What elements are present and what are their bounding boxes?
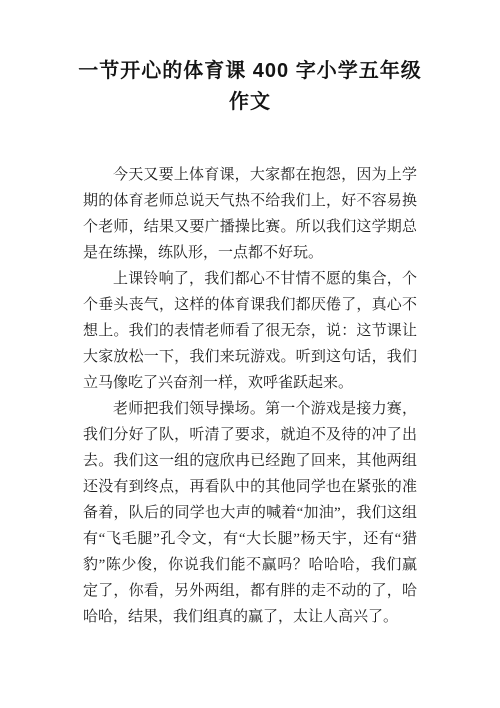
essay-paragraph-1: 今天又要上体育课，大家都在抱怨，因为上学期的体育老师总说天气热不给我们上，好不容… (83, 162, 417, 266)
essay-paragraph-2: 上课铃响了，我们都心不甘情不愿的集合，个个垂头丧气，这样的体育课我们都厌倦了，真… (83, 266, 417, 396)
document-page: 一节开心的体育课 400 字小学五年级作文 今天又要上体育课，大家都在抱怨，因为… (0, 0, 500, 708)
essay-paragraph-3: 老师把我们领导操场。第一个游戏是接力赛，我们分好了队，听清了要求，就迫不及待的冲… (83, 396, 417, 630)
essay-body: 今天又要上体育课，大家都在抱怨，因为上学期的体育老师总说天气热不给我们上，好不容… (83, 162, 417, 630)
essay-title: 一节开心的体育课 400 字小学五年级作文 (76, 0, 424, 118)
